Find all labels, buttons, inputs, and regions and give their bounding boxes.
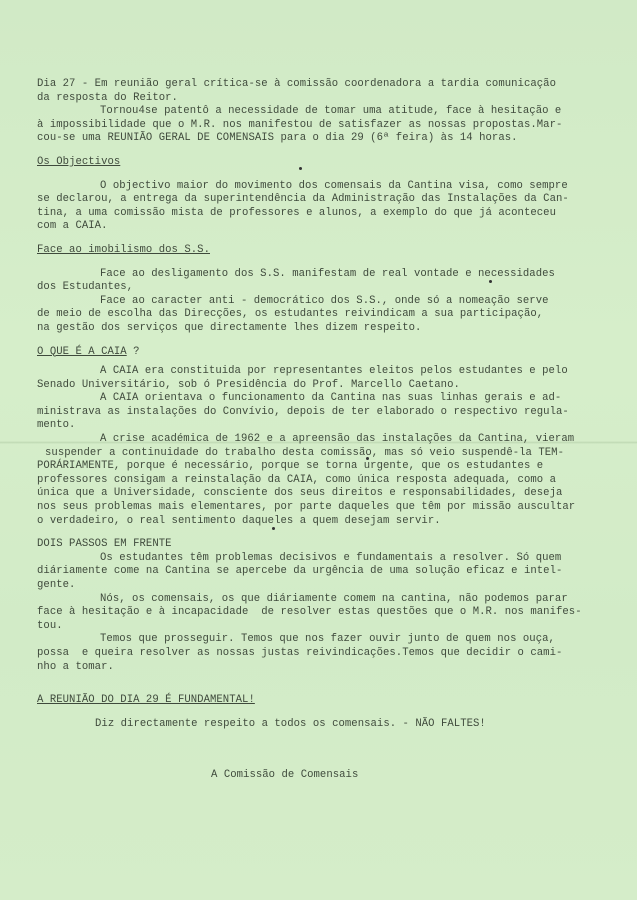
section-heading: A REUNIÃO DO DIA 29 É FUNDAMENTAL! bbox=[37, 694, 255, 708]
text-line: nos seus problemas mais elementares, por… bbox=[37, 501, 597, 515]
text-line: na gestão dos serviços que directamente … bbox=[37, 322, 597, 336]
heading-suffix: ? bbox=[127, 346, 140, 358]
section-objectivos: Os Objectivos O objectivo maior do movim… bbox=[37, 156, 597, 234]
text-line: única que a Universidade, consciente dos… bbox=[37, 487, 597, 501]
text-line: cou-se uma REUNIÃO GERAL DE COMENSAIS pa… bbox=[37, 132, 597, 146]
text-line: dos Estudantes, bbox=[37, 281, 597, 295]
text-line: se declarou, a entrega da superintendênc… bbox=[37, 193, 597, 207]
text-line: Tornou4se patentô a necessidade de tomar… bbox=[37, 105, 597, 119]
text-line: gente. bbox=[37, 579, 597, 593]
text-line: Temos que prosseguir. Temos que nos faze… bbox=[37, 633, 597, 647]
text-line: A crise académica de 1962 e a apreensão … bbox=[37, 433, 597, 447]
text-line: Dia 27 - Em reunião geral crítica-se à c… bbox=[37, 78, 597, 92]
text-line: ministrava as instalações do Convívio, d… bbox=[37, 406, 597, 420]
text-line: tina, a uma comissão mista de professore… bbox=[37, 207, 597, 221]
text-line: face à hesitação e à incapacidade de res… bbox=[37, 606, 597, 620]
text-line: A CAIA era constituida por representante… bbox=[37, 365, 597, 379]
section-caia: O QUE É A CAIA ? A CAIA era constituida … bbox=[37, 346, 597, 529]
text-line: O objectivo maior do movimento dos comen… bbox=[37, 180, 597, 194]
text-line: suspender a continuidade do trabalho des… bbox=[37, 447, 597, 461]
text-line: Nós, os comensais, os que diáriamente co… bbox=[37, 593, 597, 607]
text-line: possa e queira resolver as nossas justas… bbox=[37, 647, 597, 661]
text-line: Senado Universitário, sob ó Presidência … bbox=[37, 379, 597, 393]
document-page: Dia 27 - Em reunião geral crítica-se à c… bbox=[37, 78, 597, 783]
paragraph-intro: Dia 27 - Em reunião geral crítica-se à c… bbox=[37, 78, 597, 146]
text-line: da resposta do Reitor. bbox=[37, 92, 597, 106]
signature: A Comissão de Comensais bbox=[37, 769, 597, 783]
text-line: o verdadeiro, o real sentimento daqueles… bbox=[37, 515, 597, 529]
text-line: PORÁRIAMENTE, porque é necessário, porqu… bbox=[37, 460, 597, 474]
text-line: tou. bbox=[37, 620, 597, 634]
text-line: Diz directamente respeito a todos os com… bbox=[37, 718, 597, 732]
section-dois-passos: DOIS PASSOS EM FRENTE Os estudantes têm … bbox=[37, 538, 597, 674]
section-heading: Face ao imobilismo dos S.S. bbox=[37, 244, 210, 258]
section-heading: O QUE É A CAIA bbox=[37, 346, 127, 360]
section-heading: DOIS PASSOS EM FRENTE bbox=[37, 538, 597, 552]
text-line: Face ao caracter anti - democrático dos … bbox=[37, 295, 597, 309]
text-line: de meio de escolha das Direcções, os est… bbox=[37, 308, 597, 322]
section-imobilismo: Face ao imobilismo dos S.S. Face ao desl… bbox=[37, 244, 597, 336]
section-reuniao: A REUNIÃO DO DIA 29 É FUNDAMENTAL! Diz d… bbox=[37, 694, 597, 731]
text-line: Face ao desligamento dos S.S. manifestam… bbox=[37, 268, 597, 282]
text-line: diáriamente come na Cantina se apercebe … bbox=[37, 565, 597, 579]
text-line: com a CAIA. bbox=[37, 220, 597, 234]
text-line: A CAIA orientava o funcionamento da Cant… bbox=[37, 392, 597, 406]
text-line: mento. bbox=[37, 419, 597, 433]
text-line: Os estudantes têm problemas decisivos e … bbox=[37, 552, 597, 566]
text-line: professores consigam a reinstalação da C… bbox=[37, 474, 597, 488]
section-heading: Os Objectivos bbox=[37, 156, 120, 170]
text-line: à impossibilidade que o M.R. nos manifes… bbox=[37, 119, 597, 133]
text-line: nho a tomar. bbox=[37, 661, 597, 675]
